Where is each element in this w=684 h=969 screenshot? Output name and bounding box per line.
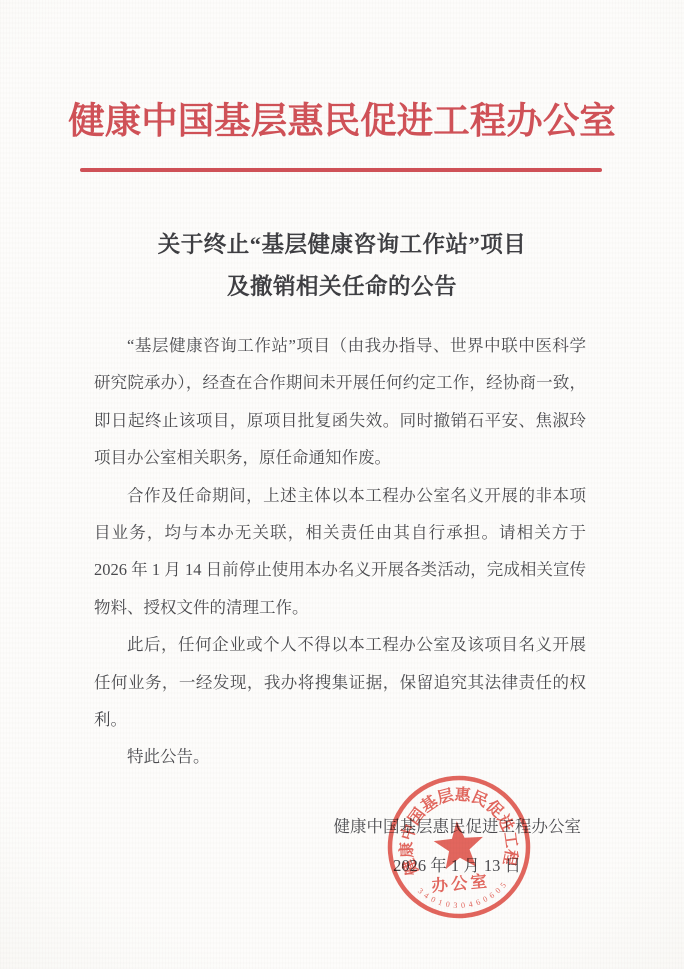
document-page: 健康中国基层惠民促进工程办公室 关于终止“基层健康咨询工作站”项目 及撤销相关任… — [0, 0, 684, 969]
announcement-title-line-2: 及撤销相关任命的公告 — [0, 266, 684, 308]
announcement-title: 关于终止“基层健康咨询工作站”项目 及撤销相关任命的公告 — [0, 224, 684, 308]
seal-office-text: 办公室 — [431, 870, 491, 895]
body-paragraph: “基层健康咨询工作站”项目（由我办指导、世界中联中医科学研究院承办），经查在合作… — [94, 327, 586, 477]
announcement-title-line-1: 关于终止“基层健康咨询工作站”项目 — [0, 224, 684, 266]
body-paragraph: 合作及任命期间，上述主体以本工程办公室名义开展的非本项目业务，均与本办无关联，相… — [94, 477, 586, 627]
official-seal: 健康中国基层惠民促进工程 办公室 3401030460605 — [356, 744, 562, 950]
announcement-body: “基层健康咨询工作站”项目（由我办指导、世界中联中医科学研究院承办），经查在合作… — [94, 327, 586, 776]
body-paragraph: 此后，任何企业或个人不得以本工程办公室及该项目名义开展任何业务，一经发现，我办将… — [94, 626, 586, 738]
star-icon — [432, 819, 485, 870]
org-header-title: 健康中国基层惠民促进工程办公室 — [0, 100, 684, 142]
header-divider — [80, 168, 602, 172]
